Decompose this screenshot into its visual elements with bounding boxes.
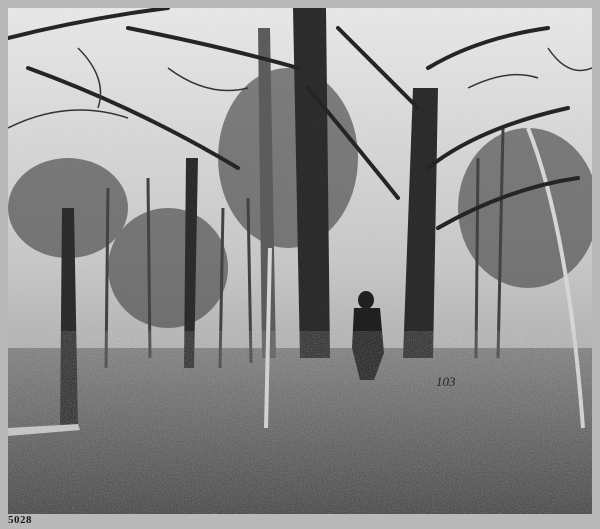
forest-photograph bbox=[8, 8, 592, 514]
catalog-number: 5028 bbox=[8, 514, 32, 526]
forest-scene bbox=[8, 8, 592, 514]
photo-mount: 103 5028 bbox=[0, 0, 600, 529]
photo-marking: 103 bbox=[436, 374, 456, 390]
